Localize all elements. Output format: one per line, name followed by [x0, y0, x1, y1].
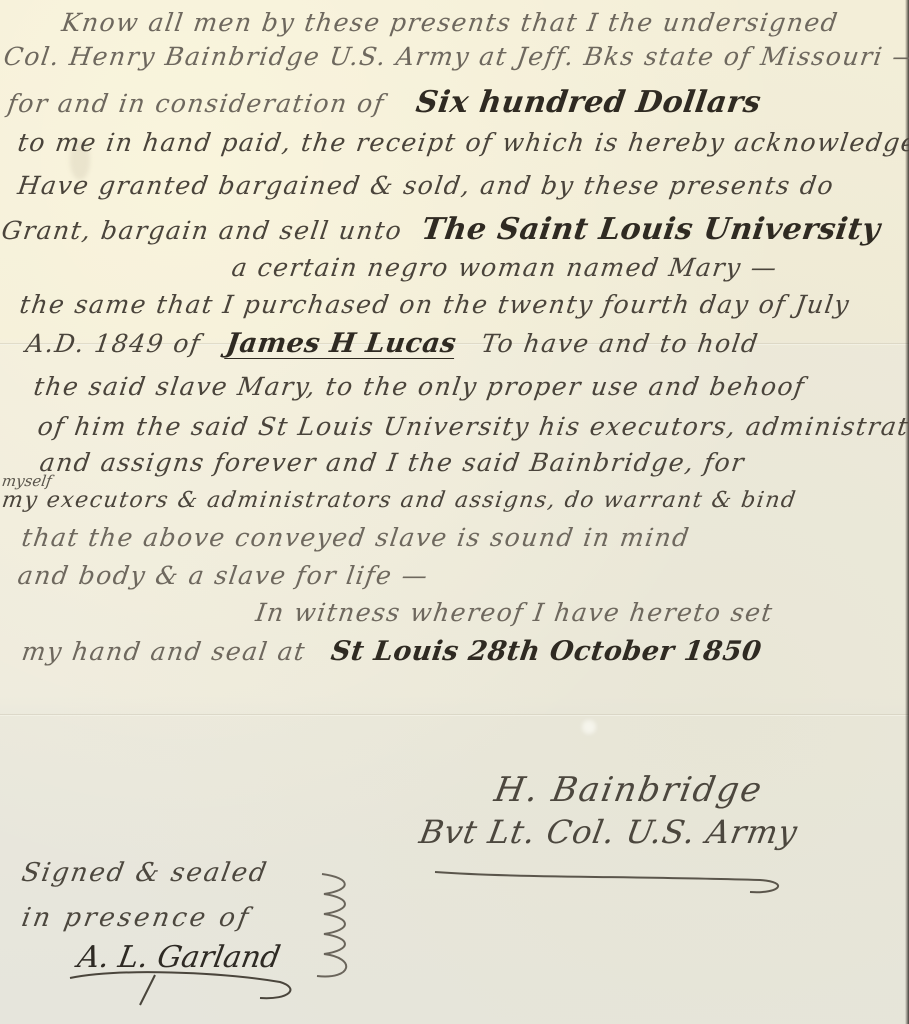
line-text: of him the said St Louis University his …	[36, 412, 909, 441]
line-text: a certain negro woman named Mary —	[230, 253, 780, 282]
line-text: my hand and seal at	[20, 637, 308, 666]
text-line: and body & a slave for life —	[16, 561, 430, 590]
signature-name: H. Bainbridge	[491, 770, 766, 810]
line-text: to me in hand paid, the receipt of which…	[16, 128, 909, 157]
paper-fold-line	[0, 714, 909, 716]
seal-scroll-icon	[312, 868, 372, 988]
amount-text: Six hundred Dollars	[414, 85, 763, 120]
witness-flourish-icon	[60, 960, 300, 1010]
witness-label: in presence of	[19, 903, 253, 933]
document-page: Know all men by these presents that I th…	[0, 0, 909, 1024]
line-text: and body & a slave for life —	[16, 561, 430, 590]
place-date-text: St Louis 28th October 1850	[329, 636, 764, 667]
text-line: that the above conveyed slave is sound i…	[20, 523, 692, 552]
line-text: that the above conveyed slave is sound i…	[20, 523, 692, 552]
line-text: and assigns forever and I the said Bainb…	[38, 448, 747, 477]
text-line: In witness whereof I have hereto set	[254, 598, 775, 627]
line-text: my executors & administrators and assign…	[0, 488, 798, 513]
text-line: and assigns forever and I the said Bainb…	[38, 448, 747, 477]
text-line: the same that I purchased on the twenty …	[18, 290, 852, 319]
line-text: the said slave Mary, to the only proper …	[32, 372, 807, 401]
line-text: Grant, bargain and sell unto	[0, 216, 404, 245]
line-text: Have granted bargained & sold, and by th…	[16, 171, 836, 200]
signature-flourish-icon	[430, 858, 790, 898]
line-text: the same that I purchased on the twenty …	[18, 290, 852, 319]
signature-title: Bvt Lt. Col. U.S. Army	[417, 813, 801, 851]
line-text: In witness whereof I have hereto set	[254, 598, 775, 627]
text-line: A.D. 1849 of James H Lucas To have and t…	[24, 328, 761, 359]
seller-name: James H Lucas	[224, 328, 458, 359]
line-text: To have and to hold	[480, 329, 761, 358]
text-line: Grant, bargain and sell unto The Saint L…	[0, 212, 883, 247]
text-line: to me in hand paid, the receipt of which…	[16, 128, 909, 157]
text-line: Know all men by these presents that I th…	[60, 8, 840, 37]
text-line: Col. Henry Bainbridge U.S. Army at Jeff.…	[2, 42, 909, 71]
paper-spot	[582, 720, 596, 734]
text-line: for and in consideration of Six hundred …	[6, 85, 764, 120]
line-text: Know all men by these presents that I th…	[60, 8, 840, 37]
purchaser-name: The Saint Louis University	[419, 212, 882, 247]
text-line: a certain negro woman named Mary —	[230, 253, 780, 282]
text-line: of him the said St Louis University his …	[36, 412, 909, 441]
line-text: for and in consideration of	[6, 89, 387, 118]
text-line: my executors & administrators and assign…	[0, 488, 798, 513]
text-line: the said slave Mary, to the only proper …	[32, 372, 807, 401]
text-line: Have granted bargained & sold, and by th…	[16, 171, 836, 200]
line-text: A.D. 1849 of	[24, 329, 203, 358]
line-text: Col. Henry Bainbridge U.S. Army at Jeff.…	[2, 42, 909, 71]
witness-label: Signed & sealed	[19, 858, 270, 888]
text-line: my hand and seal at St Louis 28th Octobe…	[20, 636, 764, 667]
